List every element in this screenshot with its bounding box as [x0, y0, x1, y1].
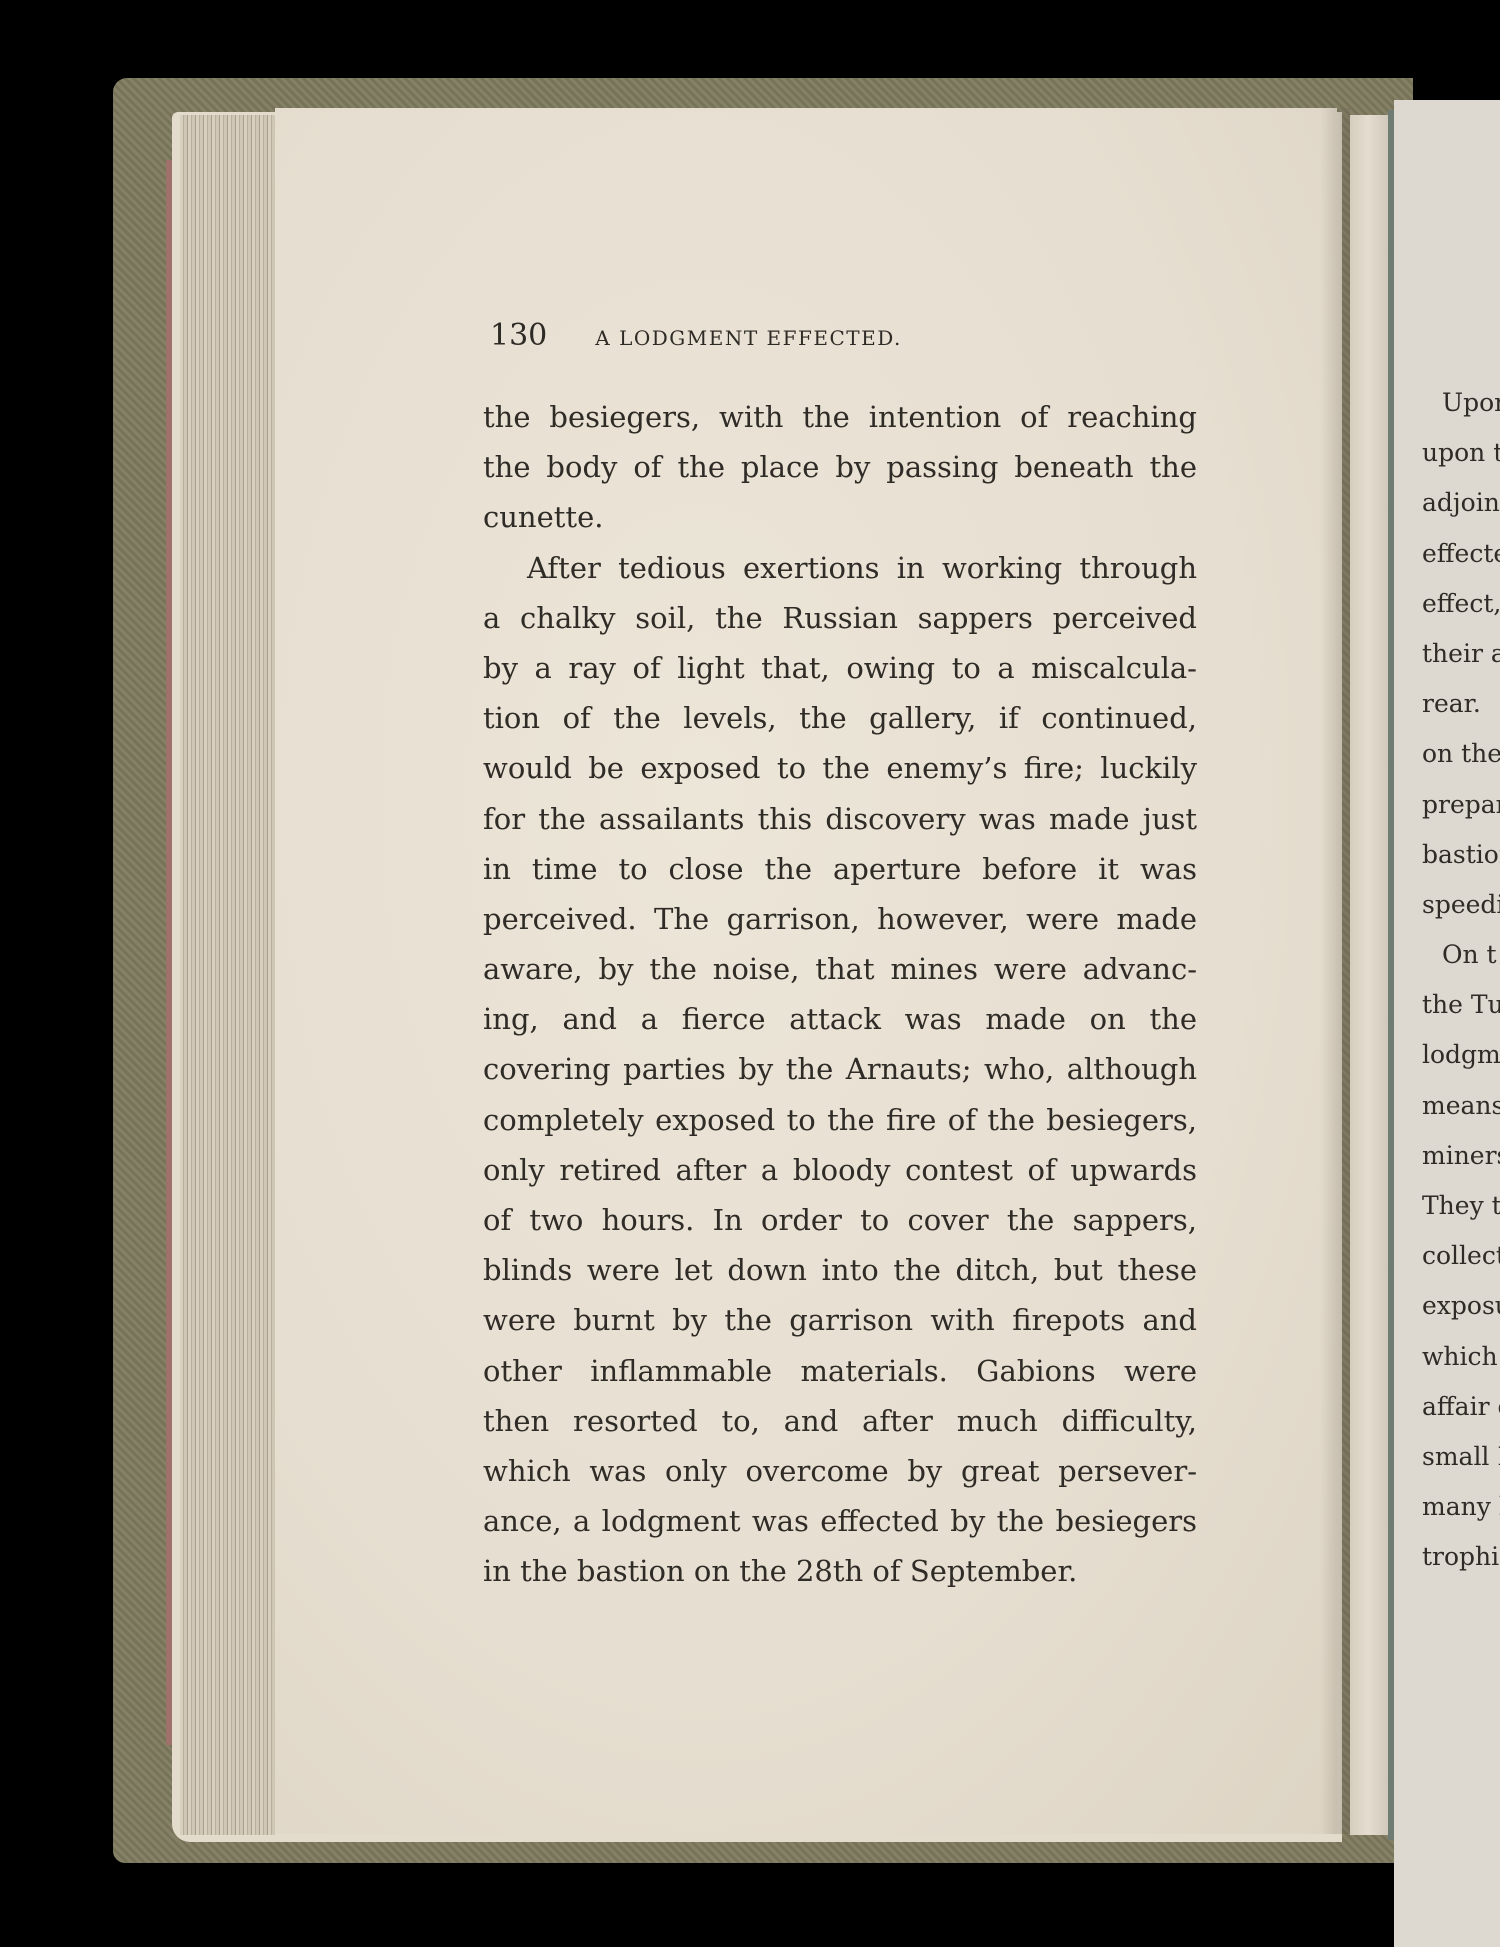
- right-text-fragment: which c: [1422, 1332, 1500, 1382]
- right-text-fragment: the Tu: [1422, 980, 1500, 1030]
- right-text-fragment: lodgmen: [1422, 1030, 1500, 1080]
- text-line: perceived. The garrison, however, were m…: [483, 894, 1197, 944]
- running-head: 130 A LODGMENT EFFECTED.: [490, 318, 1050, 358]
- text-line: the body of the place by passing beneath…: [483, 442, 1197, 492]
- text-line: then resorted to, and after much difficu…: [483, 1396, 1197, 1446]
- right-text-fragment: On t: [1422, 930, 1500, 980]
- binding: [1350, 115, 1390, 1835]
- right-text-fragment: means: [1422, 1081, 1500, 1131]
- text-line: After tedious exertions in working throu…: [483, 543, 1197, 593]
- right-text-fragment: collecte: [1422, 1231, 1500, 1281]
- right-text-fragment: affair c: [1422, 1382, 1500, 1432]
- right-text-fragment: trophies: [1422, 1532, 1500, 1582]
- body-text: the besiegers, with the intention of rea…: [483, 392, 1197, 1597]
- text-line: other inflammable materials. Gabions wer…: [483, 1346, 1197, 1396]
- right-text-fragment: effected: [1422, 529, 1500, 579]
- text-line: were burnt by the garrison with firepots…: [483, 1295, 1197, 1345]
- text-line: blinds were let down into the ditch, but…: [483, 1245, 1197, 1295]
- text-line: completely exposed to the fire of the be…: [483, 1095, 1197, 1145]
- page-number: 130: [490, 318, 547, 353]
- text-line: by a ray of light that, owing to a misca…: [483, 643, 1197, 693]
- text-line: in time to close the aperture before it …: [483, 844, 1197, 894]
- text-line: tion of the levels, the gallery, if cont…: [483, 693, 1197, 743]
- right-text-fragment: prepari: [1422, 780, 1500, 830]
- text-line: ance, a lodgment was effected by the bes…: [483, 1496, 1197, 1546]
- text-line: which was only overcome by great perseve…: [483, 1446, 1197, 1496]
- text-line: the besiegers, with the intention of rea…: [483, 392, 1197, 442]
- right-text-fragment: exposur: [1422, 1281, 1500, 1331]
- right-text-fragment: adjoinin: [1422, 478, 1500, 528]
- text-line: in the bastion on the 28th of September.: [483, 1546, 1197, 1596]
- text-line: cunette.: [483, 492, 1197, 542]
- text-line: would be exposed to the enemy’s fire; lu…: [483, 743, 1197, 793]
- right-text-fragment: rear.: [1422, 679, 1500, 729]
- text-line: of two hours. In order to cover the sapp…: [483, 1195, 1197, 1245]
- right-text-fragment: bastion: [1422, 830, 1500, 880]
- text-line: a chalky soil, the Russian sappers perce…: [483, 593, 1197, 643]
- gutter-shadow: [1320, 108, 1350, 1834]
- right-text-fragment: upon th: [1422, 428, 1500, 478]
- right-text-fragment: Upon: [1422, 378, 1500, 428]
- running-head-title: A LODGMENT EFFECTED.: [595, 326, 902, 350]
- text-line: for the assailants this discovery was ma…: [483, 794, 1197, 844]
- right-text-fragment: miners,: [1422, 1131, 1500, 1181]
- right-text-fragment: effect, t: [1422, 579, 1500, 629]
- right-text-fragment: their ac: [1422, 629, 1500, 679]
- right-text-fragment: speedily: [1422, 880, 1500, 930]
- right-text-fragment: many h: [1422, 1482, 1500, 1532]
- right-text-fragment: small R: [1422, 1432, 1500, 1482]
- text-line: aware, by the noise, that mines were adv…: [483, 944, 1197, 994]
- right-text-fragment: They t: [1422, 1181, 1500, 1231]
- text-line: only retired after a bloody contest of u…: [483, 1145, 1197, 1195]
- right-text-fragment: on the: [1422, 729, 1500, 779]
- text-line: ing, and a fierce attack was made on the: [483, 994, 1197, 1044]
- page-edges: [180, 115, 275, 1835]
- text-line: covering parties by the Arnauts; who, al…: [483, 1044, 1197, 1094]
- right-page-text: Uponupon thadjoinineffectedeffect, tthei…: [1422, 378, 1500, 1583]
